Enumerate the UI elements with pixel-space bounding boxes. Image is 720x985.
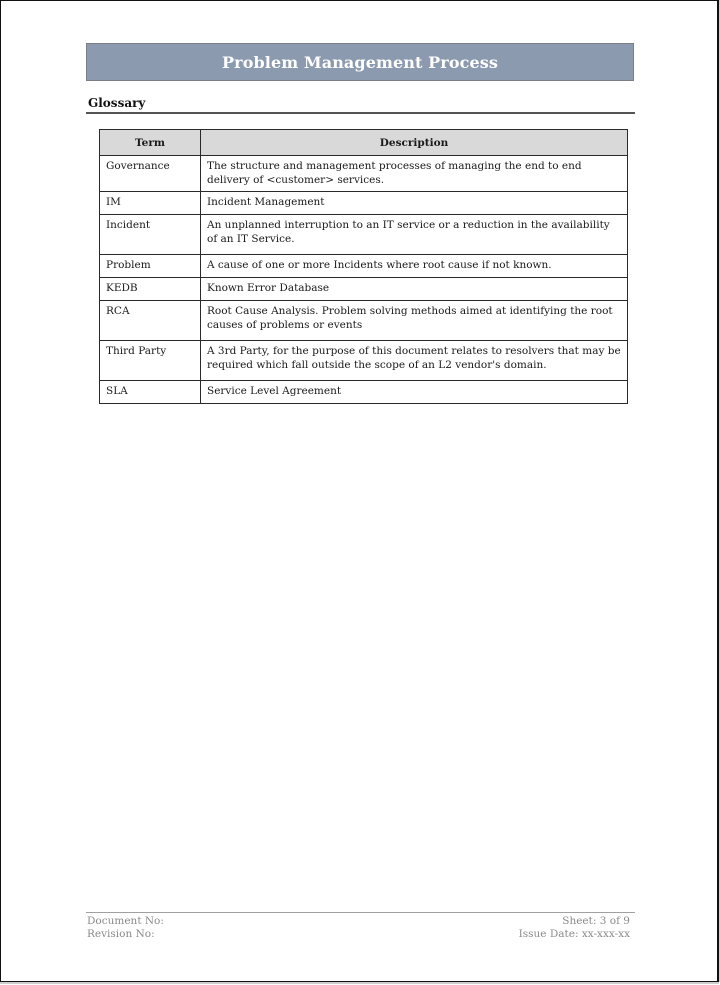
sheet-number: Sheet: 3 of 9 bbox=[519, 915, 630, 928]
section-divider bbox=[86, 112, 635, 114]
document-title: Problem Management Process bbox=[222, 53, 498, 72]
description-cell: Service Level Agreement bbox=[201, 381, 628, 404]
term-cell: Problem bbox=[100, 255, 201, 278]
description-cell: Incident Management bbox=[201, 192, 628, 215]
term-cell: RCA bbox=[100, 301, 201, 341]
term-cell: IM bbox=[100, 192, 201, 215]
glossary-table: Term Description Governance The structur… bbox=[99, 129, 628, 404]
term-cell: KEDB bbox=[100, 278, 201, 301]
column-header-term: Term bbox=[100, 130, 201, 156]
description-cell: Known Error Database bbox=[201, 278, 628, 301]
description-cell: Root Cause Analysis. Problem solving met… bbox=[201, 301, 628, 341]
table-row: KEDB Known Error Database bbox=[100, 278, 628, 301]
document-page: Problem Management Process Glossary Term… bbox=[0, 0, 719, 982]
table-row: IM Incident Management bbox=[100, 192, 628, 215]
footer-right: Sheet: 3 of 9 Issue Date: xx-xxx-xx bbox=[519, 915, 630, 941]
table-row: SLA Service Level Agreement bbox=[100, 381, 628, 404]
table-row: Problem A cause of one or more Incidents… bbox=[100, 255, 628, 278]
term-cell: Incident bbox=[100, 215, 201, 255]
table-header-row: Term Description bbox=[100, 130, 628, 156]
table-row: Governance The structure and management … bbox=[100, 156, 628, 192]
term-cell: Governance bbox=[100, 156, 201, 192]
footer-left: Document No: Revision No: bbox=[87, 915, 164, 941]
term-cell: SLA bbox=[100, 381, 201, 404]
table-row: Third Party A 3rd Party, for the purpose… bbox=[100, 341, 628, 381]
issue-date: Issue Date: xx-xxx-xx bbox=[519, 928, 630, 941]
description-cell: An unplanned interruption to an IT servi… bbox=[201, 215, 628, 255]
description-cell: A cause of one or more Incidents where r… bbox=[201, 255, 628, 278]
revision-number-label: Revision No: bbox=[87, 928, 164, 941]
document-number-label: Document No: bbox=[87, 915, 164, 928]
term-cell: Third Party bbox=[100, 341, 201, 381]
column-header-description: Description bbox=[201, 130, 628, 156]
title-banner: Problem Management Process bbox=[86, 43, 634, 81]
description-cell: A 3rd Party, for the purpose of this doc… bbox=[201, 341, 628, 381]
description-cell: The structure and management processes o… bbox=[201, 156, 628, 192]
table-row: RCA Root Cause Analysis. Problem solving… bbox=[100, 301, 628, 341]
table-row: Incident An unplanned interruption to an… bbox=[100, 215, 628, 255]
footer-divider bbox=[86, 912, 635, 913]
section-heading-glossary: Glossary bbox=[88, 96, 145, 110]
